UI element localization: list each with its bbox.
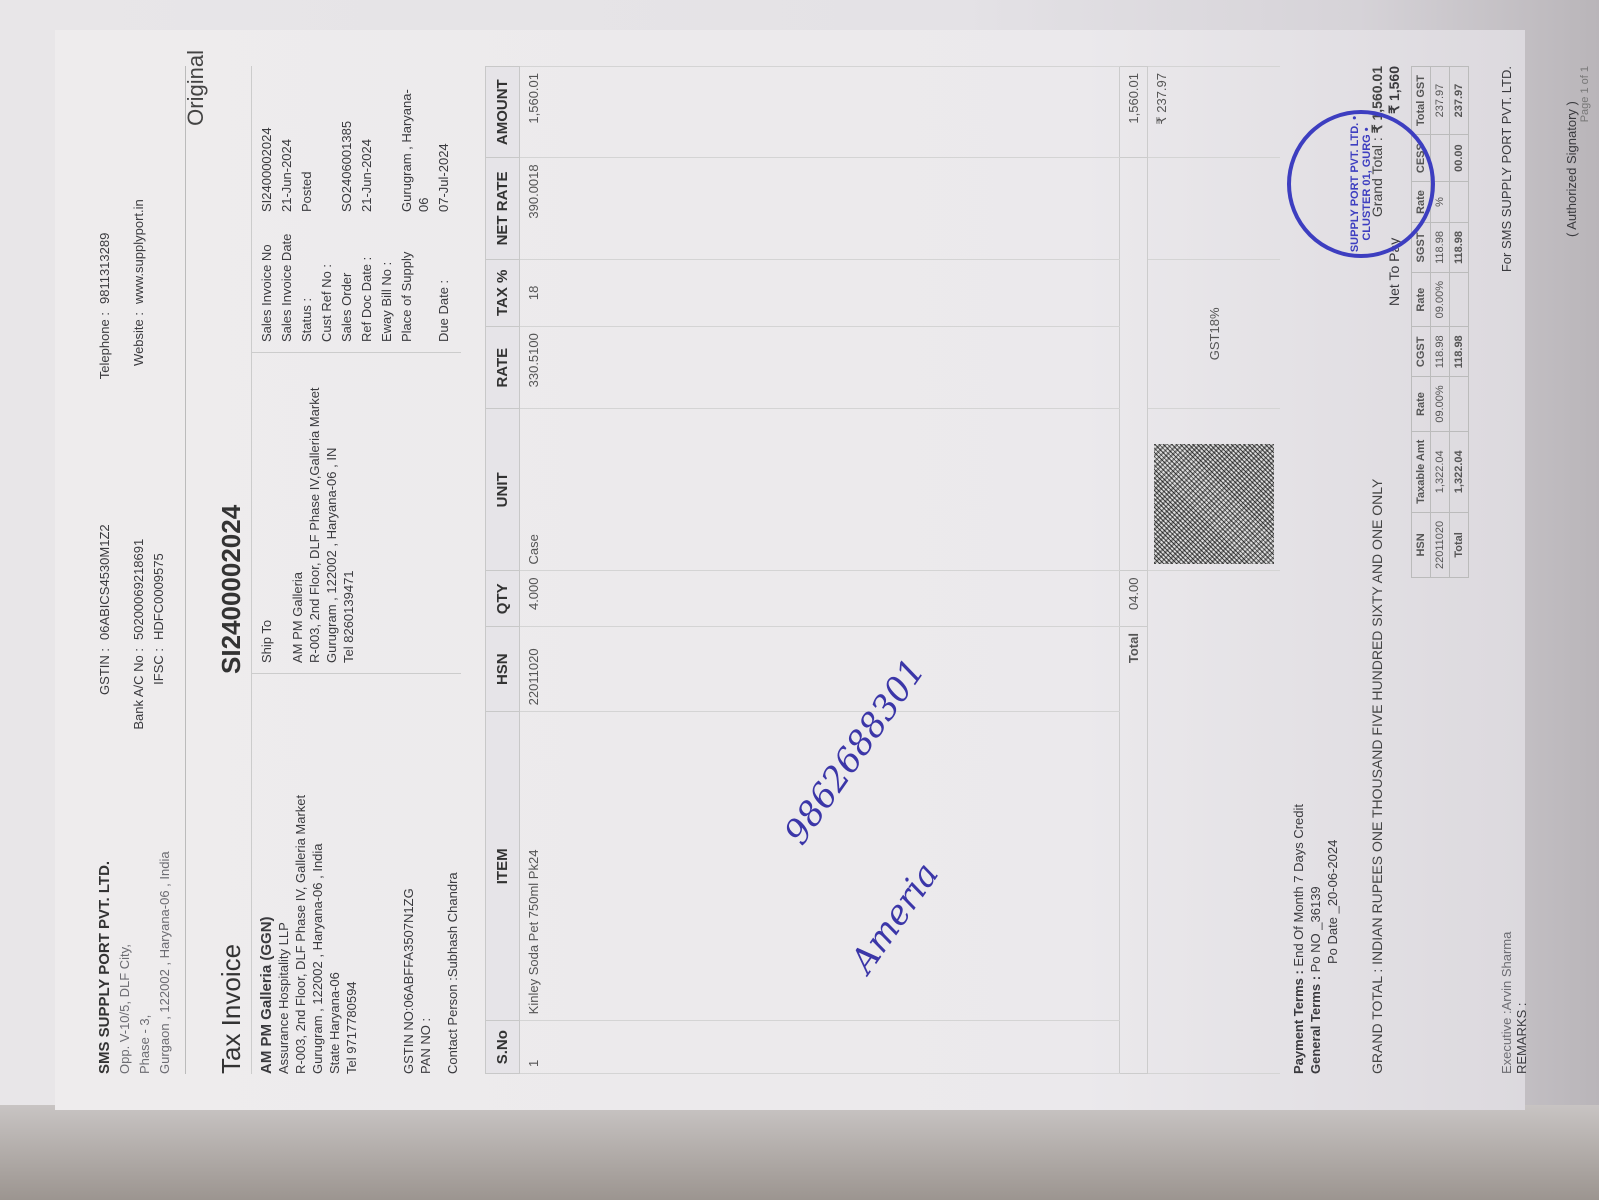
telephone-label: Telephone :	[95, 312, 115, 402]
bill-to-gstin: GSTIN NO:06ABFFA3507N1ZG	[400, 674, 417, 1074]
po-number: Po NO _36139	[1308, 886, 1323, 972]
gst-amount: ₹ 237.97	[1147, 67, 1280, 158]
gstin-label: GSTIN :	[95, 648, 115, 738]
cell-hsn: 22011020	[519, 627, 547, 712]
cell-sno: 1	[519, 1021, 547, 1074]
payment-terms-value: End Of Month 7 Days Credit	[1291, 804, 1306, 967]
title-row: Tax Invoice SI2400002024	[216, 66, 247, 1074]
ship-to-line: Gurugram , 122002 , Haryana-06 , IN	[323, 363, 340, 663]
tax-col: HSN	[1411, 512, 1430, 577]
col-item: ITEM	[485, 712, 519, 1021]
cell-tax: 18	[519, 259, 547, 327]
tax-col: Taxable Amt	[1411, 431, 1430, 512]
document-title: Tax Invoice	[216, 674, 247, 1074]
tax-col: CGST	[1411, 327, 1430, 377]
meta-value	[378, 76, 398, 212]
bill-to-contact: Contact Person :Subhash Chandra	[444, 674, 461, 1074]
bank-value: 50200069218691	[131, 539, 146, 640]
col-unit: UNIT	[485, 409, 519, 571]
signature-section: Executive :Arvin Sharma REMARKS : For SM…	[1499, 66, 1579, 1074]
tax-cell: 118.98	[1430, 327, 1449, 377]
invoice-header: SMS SUPPLY PORT PVT. LTD. Opp. V-10/5, D…	[95, 66, 186, 1074]
gst-row: GST18% ₹ 237.97	[1147, 67, 1280, 1074]
ship-to-line: Tel 8260139471	[340, 363, 357, 663]
tax-row: 22011020 1,322.04 09.00% 118.98 09.00% 1…	[1430, 67, 1449, 578]
bill-to-line: Assurance Hospitality LLP	[275, 674, 292, 1074]
meta-value: Posted	[298, 76, 318, 212]
telephone-value: 9811313289	[97, 233, 112, 304]
total-amount: 1,560.01	[1119, 67, 1147, 158]
ship-to-line: R-003, 2nd Floor, DLF Phase IV,Galleria …	[306, 363, 323, 663]
stamp-text: SUPPLY PORT PVT. LTD. • CLUSTER 01, GURG…	[1349, 114, 1373, 254]
net-to-pay-value: ₹ 1,560	[1386, 66, 1402, 114]
tax-cell: 237.97	[1449, 67, 1468, 135]
tax-cell: 1,322.04	[1430, 431, 1449, 512]
company-block: SMS SUPPLY PORT PVT. LTD. Opp. V-10/5, D…	[95, 738, 175, 1074]
total-row: Total 04.00 1,560.01	[1119, 67, 1147, 1074]
tax-cell: 1,322.04	[1449, 431, 1468, 512]
meta-value: SI2400002024	[258, 76, 278, 212]
tax-cell: 118.98	[1449, 222, 1468, 272]
tax-cell: 00.00	[1449, 135, 1468, 182]
copy-type-label: Original	[183, 50, 209, 126]
company-address-1: Opp. V-10/5, DLF City,	[115, 738, 135, 1074]
meta-label: Sales Invoice No	[258, 212, 278, 342]
meta-label: Eway Bill No :	[378, 212, 398, 342]
cell-qty: 4.000	[519, 571, 547, 627]
total-label: Total	[1119, 627, 1147, 1074]
meta-label: Sales Invoice Date	[278, 212, 298, 342]
bill-to: AM PM Galleria (GGN) Assurance Hospitali…	[252, 674, 461, 1074]
meta-label: Place of Supply	[398, 212, 435, 342]
tax-total-row: Total 1,322.04 118.98 118.98 00.00 237.9…	[1449, 67, 1468, 578]
remarks-label: REMARKS :	[1514, 932, 1529, 1074]
tax-cell	[1449, 377, 1468, 431]
bill-to-line: R-003, 2nd Floor, DLF Phase IV, Galleria…	[292, 674, 309, 1074]
meta-value: Gurugram , Haryana-06	[398, 76, 435, 212]
meta-value: 21-Jun-2024	[278, 76, 298, 212]
total-qty: 04.00	[1119, 571, 1147, 627]
surface-shadow	[0, 1105, 1599, 1200]
col-sno: S.No	[485, 1021, 519, 1074]
general-terms-label: General Terms :	[1308, 976, 1323, 1074]
table-row: 1 Kinley Soda Pet 750ml Pk24 22011020 4.…	[519, 67, 547, 1074]
col-amount: AMOUNT	[485, 67, 519, 158]
ship-to-line: AM PM Galleria	[289, 363, 306, 663]
tax-cell: 22011020	[1430, 512, 1449, 577]
tax-cell	[1449, 182, 1468, 223]
company-address-3: Gurgaon , 122002 , Haryana-06 , India	[155, 738, 175, 1074]
cell-amount: 1,560.01	[519, 67, 547, 158]
qr-code	[1154, 444, 1274, 564]
empty-rows	[547, 67, 1120, 1074]
cell-item: Kinley Soda Pet 750ml Pk24	[519, 712, 547, 1021]
tax-cell: 09.00%	[1430, 377, 1449, 431]
payment-terms-label: Payment Terms :	[1291, 970, 1306, 1074]
authorized-signatory: ( Authorized Signatory )	[1564, 66, 1579, 272]
parties-section: AM PM Galleria (GGN) Assurance Hospitali…	[251, 66, 461, 1074]
tax-cell: 237.97	[1430, 67, 1449, 135]
tax-cell: 118.98	[1449, 327, 1468, 377]
tax-col: Total GST	[1411, 67, 1430, 135]
invoice-meta: Sales Invoice NoSI2400002024 Sales Invoi…	[252, 66, 461, 353]
cell-net-rate: 390.0018	[519, 158, 547, 259]
invoice-page: SMS SUPPLY PORT PVT. LTD. Opp. V-10/5, D…	[55, 30, 1525, 1110]
meta-label: Ref Doc Date :	[358, 212, 378, 342]
meta-label: Status :	[298, 212, 318, 342]
ship-to-heading: Ship To	[258, 363, 275, 663]
meta-label: Due Date :	[435, 212, 455, 342]
col-rate: RATE	[485, 327, 519, 409]
meta-value: 07-Jul-2024	[435, 76, 455, 212]
items-header-row: S.No ITEM HSN QTY UNIT RATE TAX % NET RA…	[485, 67, 519, 1074]
bill-to-pan: PAN NO :	[417, 674, 434, 1074]
bill-to-line: State Haryana-06	[326, 674, 343, 1074]
gst-label: GST18%	[1147, 259, 1280, 409]
gstin-value: 06ABICS4530M1Z2	[97, 524, 112, 640]
invoice-number: SI2400002024	[216, 505, 247, 674]
bank-label: Bank A/C No :	[129, 648, 149, 738]
grand-total-words: GRAND TOTAL : INDIAN RUPEES ONE THOUSAND…	[1369, 479, 1386, 1074]
bill-to-line: Tel 9717780594	[343, 674, 360, 1074]
bill-to-line: Gurugram , 122002 , Haryana-06 , India	[309, 674, 326, 1074]
meta-label: Cust Ref No :	[318, 212, 338, 342]
cell-unit: Case	[519, 409, 547, 571]
ifsc-value: HDFC0009575	[151, 553, 166, 640]
col-net-rate: NET RATE	[485, 158, 519, 259]
website-value: www.supplyport.in	[131, 199, 146, 304]
company-address-2: Phase - 3,	[135, 738, 155, 1074]
executive-name: Executive :Arvin Sharma	[1499, 932, 1514, 1074]
tax-col: Rate	[1411, 273, 1430, 327]
bank-block: GSTIN :06ABICS4530M1Z2 Bank A/C No :5020…	[95, 402, 175, 738]
col-hsn: HSN	[485, 627, 519, 712]
meta-label: Sales Order	[338, 212, 358, 342]
company-name: SMS SUPPLY PORT PVT. LTD.	[95, 738, 115, 1074]
tax-cell	[1449, 273, 1468, 327]
tax-cell: Total	[1449, 512, 1468, 577]
tax-cell: 09.00%	[1430, 273, 1449, 327]
col-tax: TAX %	[485, 259, 519, 327]
for-company: For SMS SUPPLY PORT PVT. LTD.	[1499, 66, 1514, 272]
contact-block: Telephone :9811313289 Website :www.suppl…	[95, 66, 175, 402]
tax-cell: 118.98	[1430, 222, 1449, 272]
bill-to-name: AM PM Galleria (GGN)	[258, 674, 275, 1074]
meta-value: 21-Jun-2024	[358, 76, 378, 212]
page-number: Page 1 of 1	[1579, 66, 1591, 1074]
cell-rate: 330.5100	[519, 327, 547, 409]
ship-to: Ship To AM PM Galleria R-003, 2nd Floor,…	[252, 353, 461, 674]
company-stamp: SUPPLY PORT PVT. LTD. • CLUSTER 01, GURG…	[1287, 110, 1435, 258]
ifsc-label: IFSC :	[149, 648, 169, 738]
meta-value	[318, 76, 338, 212]
col-qty: QTY	[485, 571, 519, 627]
website-label: Website :	[129, 312, 149, 402]
meta-value: SO2406001385	[338, 76, 358, 212]
tax-col: Rate	[1411, 377, 1430, 431]
